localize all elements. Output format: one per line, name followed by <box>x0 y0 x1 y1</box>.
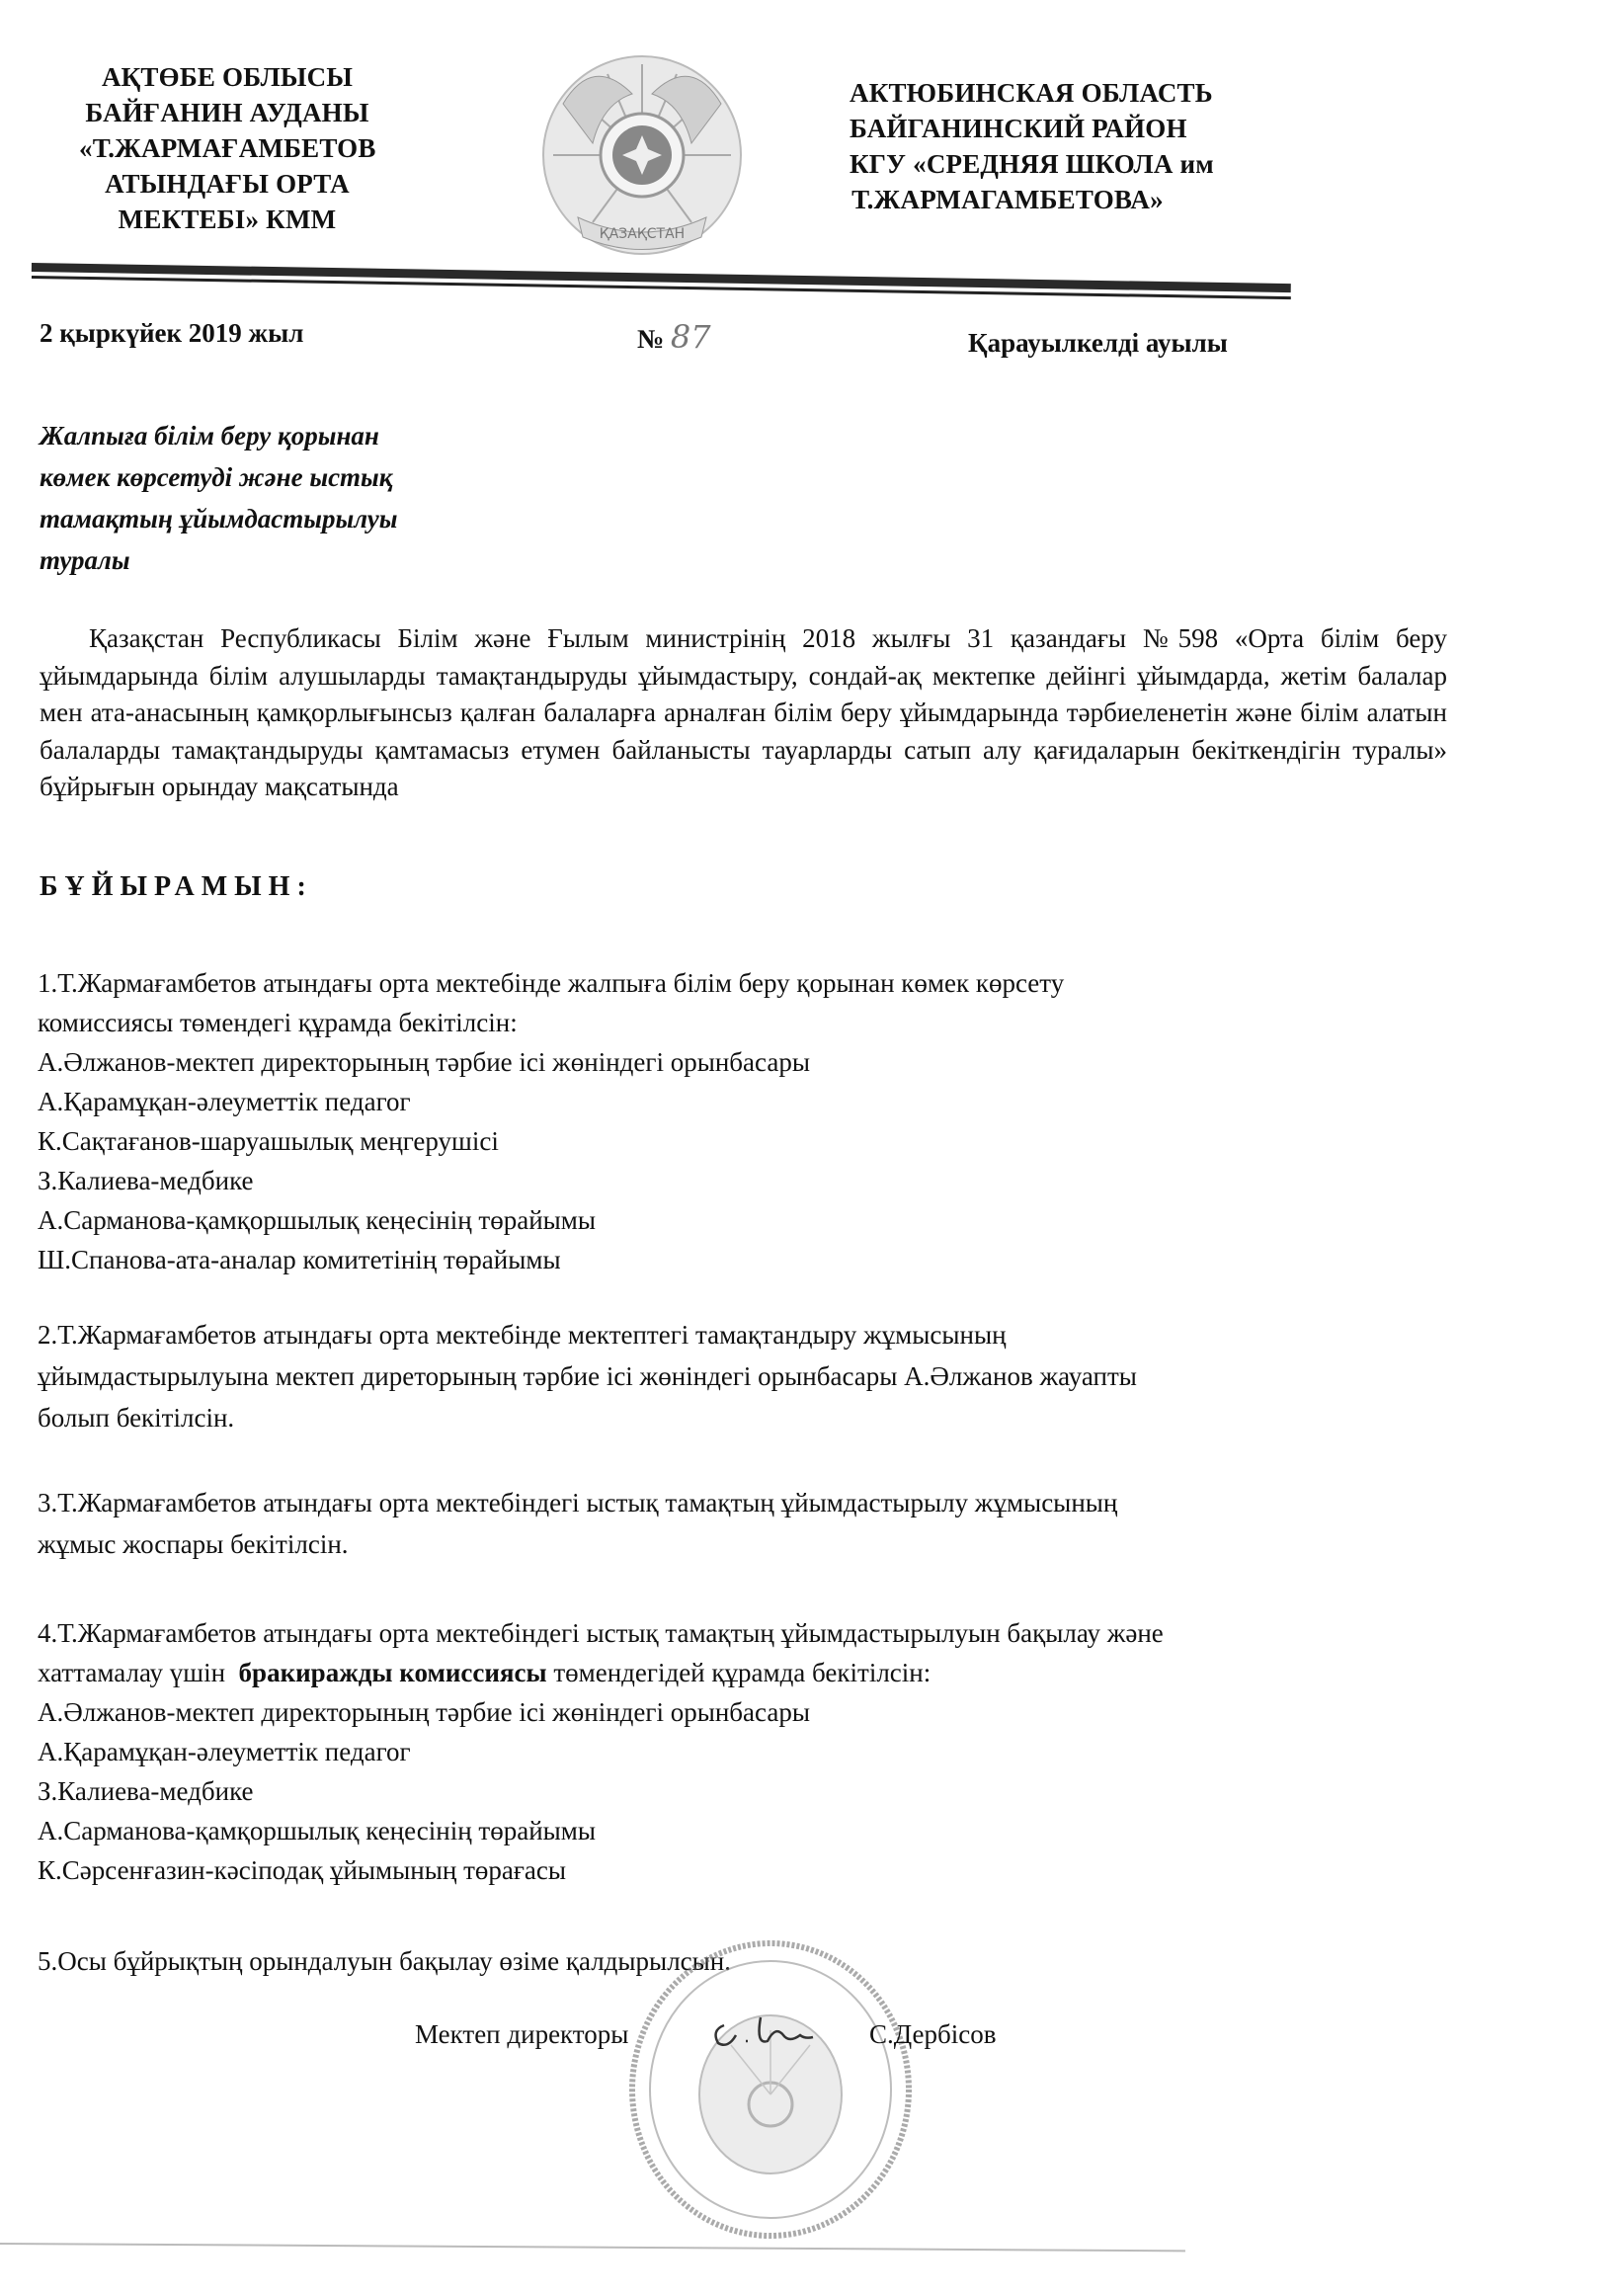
number-prefix: № <box>637 324 664 354</box>
member: А.Қарамұқан-әлеуметтік педагог <box>38 1082 1064 1121</box>
header-line: Т.ЖАРМАГАМБЕТОВА» <box>850 182 1166 217</box>
scan-edge-line <box>0 2243 1185 2252</box>
member: Ш.Спанова-ата-аналар комитетінің төрайым… <box>38 1240 1064 1279</box>
header-russian-block: АКТЮБИНСКАЯ ОБЛАСТЬ БАЙГАНИНСКИЙ РАЙОН К… <box>850 75 1166 217</box>
handwritten-signature-icon <box>706 2006 815 2055</box>
header-kazakh-block: АҚТӨБЕ ОБЛЫСЫ БАЙҒАНИН АУДАНЫ «Т.ЖАРМАҒА… <box>79 59 375 237</box>
item-line: ұйымдастырылуына мектеп диреторының тәрб… <box>38 1355 1137 1397</box>
header-line: АКТЮБИНСКАЯ ОБЛАСТЬ <box>850 75 1166 111</box>
item-line: 3.Т.Жармағамбетов атындағы орта мектебін… <box>38 1482 1117 1523</box>
document-subject: Жалпыға білім беру қорынан көмек көрсету… <box>40 415 514 581</box>
order-item-1: 1.Т.Жармағамбетов атындағы орта мектебін… <box>38 963 1064 1279</box>
subject-line: туралы <box>40 539 514 581</box>
order-item-2: 2.Т.Жармағамбетов атындағы орта мектебін… <box>38 1314 1137 1438</box>
header-line: КГУ «СРЕДНЯЯ ШКОЛА им <box>850 146 1166 182</box>
item-text: хаттамалау үшін <box>38 1658 239 1687</box>
item-line: жұмыс жоспары бекітілсін. <box>38 1523 1117 1565</box>
header-line: БАЙГАНИНСКИЙ РАЙОН <box>850 111 1166 146</box>
item-line: комиссиясы төмендегі құрамда бекітілсін: <box>38 1003 1064 1042</box>
order-item-4: 4.Т.Жармағамбетов атындағы орта мектебін… <box>38 1613 1164 1890</box>
subject-line: Жалпыға білім беру қорынан <box>40 415 514 456</box>
order-title: БҰЙЫРАМЫН: <box>40 871 313 903</box>
subject-line: тамақтың ұйымдастырылуы <box>40 498 514 539</box>
kazakhstan-state-emblem-icon: ҚАЗАҚСТАН <box>533 44 751 262</box>
header-line: БАЙҒАНИН АУДАНЫ <box>79 95 375 130</box>
number-handwritten: 87 <box>671 318 711 356</box>
header-line: «Т.ЖАРМАҒАМБЕТОВ <box>79 130 375 166</box>
member: А.Сарманова-қамқоршылық кеңесінің төрайы… <box>38 1200 1064 1240</box>
signatory-name: С.Дербісов <box>869 2019 996 2050</box>
svg-text:ҚАЗАҚСТАН: ҚАЗАҚСТАН <box>600 226 685 242</box>
member: А.Сарманова-қамқоршылық кеңесінің төрайы… <box>38 1811 1164 1850</box>
member: З.Калиева-медбике <box>38 1771 1164 1811</box>
document-place: Қарауылкелді ауылы <box>968 328 1228 359</box>
preamble: Қазақстан Республикасы Білім және Ғылым … <box>40 620 1447 806</box>
order-item-3: 3.Т.Жармағамбетов атындағы орта мектебін… <box>38 1482 1117 1565</box>
commission-name: бракиражды комиссиясы <box>239 1658 547 1687</box>
header-line: АҚТӨБЕ ОБЛЫСЫ <box>79 59 375 95</box>
signatory-title: Мектеп директоры <box>415 2019 628 2050</box>
member: А.Әлжанов-мектеп директорының тәрбие ісі… <box>38 1692 1164 1732</box>
header-line: АТЫНДАҒЫ ОРТА <box>79 166 375 202</box>
header-line: МЕКТЕБІ» КММ <box>79 202 375 237</box>
official-round-stamp-icon <box>622 1936 919 2243</box>
preamble-text: Қазақстан Республикасы Білім және Ғылым … <box>40 620 1447 806</box>
document-date: 2 қыркүйек 2019 жыл <box>40 318 303 349</box>
item-text: төмендегідей құрамда бекітілсін: <box>547 1658 931 1687</box>
item-line: хаттамалау үшін бракиражды комиссиясы тө… <box>38 1653 1164 1692</box>
member: З.Калиева-медбике <box>38 1161 1064 1200</box>
item-line: 2.Т.Жармағамбетов атындағы орта мектебін… <box>38 1314 1137 1355</box>
item-line: болып бекітілсін. <box>38 1397 1137 1438</box>
subject-line: көмек көрсетуді және ыстық <box>40 456 514 498</box>
member: А.Әлжанов-мектеп директорының тәрбие ісі… <box>38 1042 1064 1082</box>
member: К.Сәрсенғазин-кәсіподақ ұйымының төрағас… <box>38 1850 1164 1890</box>
item-line: 1.Т.Жармағамбетов атындағы орта мектебін… <box>38 963 1064 1003</box>
item-line: 4.Т.Жармағамбетов атындағы орта мектебін… <box>38 1613 1164 1653</box>
member: К.Сақтағанов-шаруашылық меңгерушісі <box>38 1121 1064 1161</box>
document-number: № 87 <box>637 318 711 356</box>
member: А.Қарамұқан-әлеуметтік педагог <box>38 1732 1164 1771</box>
